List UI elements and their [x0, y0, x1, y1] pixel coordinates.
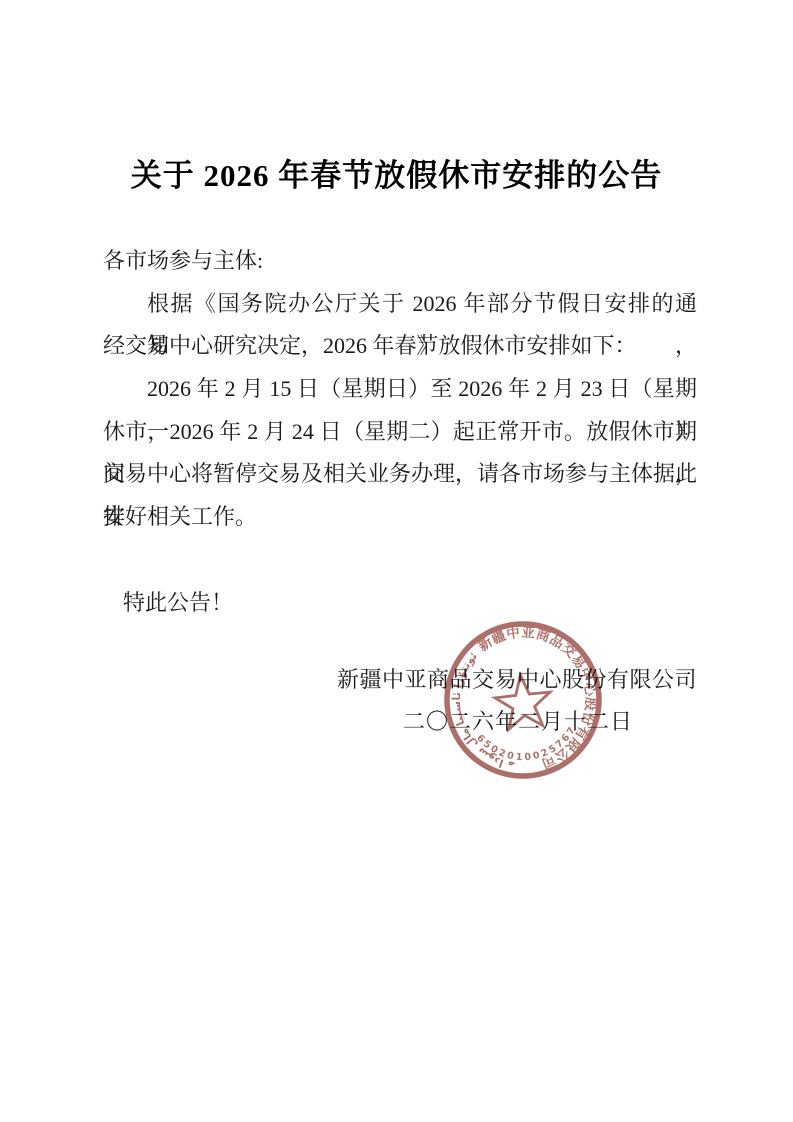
- seal-chinese-text: 新疆中亚商品交易中心股份有限公司: [474, 616, 607, 779]
- body-lines: 各市场参与主体:根据《国务院办公厅关于 2026 年部分节假日安排的通知》，经交…: [103, 240, 697, 624]
- body-line: 根据《国务院办公厅关于 2026 年部分节假日安排的通知》，: [103, 283, 697, 326]
- body-line: 特此公告！: [103, 582, 697, 625]
- page-title: 关于 2026 年春节放假休市安排的公告: [0, 150, 793, 195]
- body-line: 排好相关工作。: [103, 496, 697, 539]
- body-line: [103, 539, 697, 582]
- signature-date: 二〇二六年二月十二日: [403, 705, 633, 736]
- body-line: 各市场参与主体:: [103, 240, 697, 283]
- company-seal: 新疆中亚商品交易中心股份有限公司 شىنجاڭ ئوتتۇرا ئاسىيا م…: [435, 612, 611, 788]
- body-line: 经交易中心研究决定，2026 年春节放假休市安排如下：: [103, 325, 697, 368]
- signature-company: 新疆中亚商品交易中心股份有限公司: [337, 663, 697, 694]
- svg-text:新疆中亚商品交易中心股份有限公司: 新疆中亚商品交易中心股份有限公司: [474, 616, 607, 779]
- announcement-page: 关于 2026 年春节放假休市安排的公告 各市场参与主体:根据《国务院办公厅关于…: [0, 0, 793, 1122]
- body-line: 休市，2026 年 2 月 24 日（星期二）起正常开市。放假休市期间，: [103, 411, 697, 454]
- seal-uyghur-text: شىنجاڭ ئوتتۇرا ئاسىيا مال سودا مەركىزى: [435, 612, 517, 780]
- svg-text:شىنجاڭ ئوتتۇرا ئاسىيا مال سودا: شىنجاڭ ئوتتۇرا ئاسىيا مال سودا مەركىزى: [435, 612, 517, 780]
- body-line: 2026 年 2 月 15 日（星期日）至 2026 年 2 月 23 日（星期…: [103, 368, 697, 411]
- body-line: 交易中心将暂停交易及相关业务办理，请各市场参与主体据此安: [103, 453, 697, 496]
- seal-ring: [439, 616, 606, 783]
